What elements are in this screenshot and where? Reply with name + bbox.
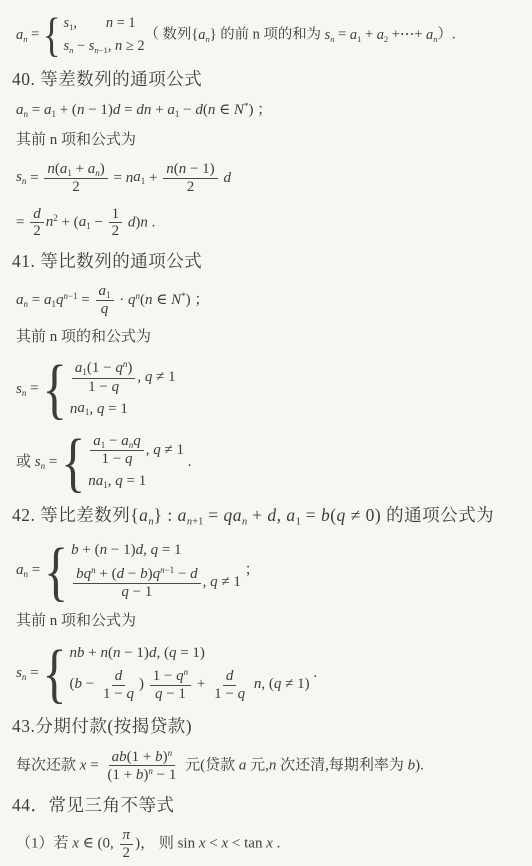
fraction: ab(1 + b)n(1 + b)n − 1	[104, 748, 179, 784]
fraction-numerator: π	[120, 827, 134, 845]
math-run: ).	[415, 757, 424, 773]
cases-group: {s1, n = 1sn − sn−1, n ≥ 2	[43, 12, 145, 58]
fraction: d2	[30, 206, 44, 241]
math-symbol: N*	[171, 292, 186, 308]
fraction-numerator: 1 − qn	[150, 667, 191, 686]
math-symbol: a2	[377, 27, 389, 43]
math-symbol: a1	[60, 161, 72, 177]
subscript: n−1	[94, 45, 108, 55]
fraction-numerator: d	[30, 206, 44, 224]
math-symbol: sn	[16, 381, 26, 397]
fraction: a1q	[96, 283, 114, 318]
math-symbol: sn	[325, 27, 335, 43]
fraction: a1(1 − qn)1 − q	[72, 359, 135, 395]
fraction: a1 − anq1 − q	[90, 433, 143, 468]
math-run: 1 − q	[214, 686, 245, 702]
math-run: b + (n − 1)d, q = 1	[71, 541, 181, 561]
math-run: =	[26, 169, 42, 185]
fraction-denominator: (1 + b)n − 1	[104, 766, 179, 784]
fraction: d1 − q	[211, 668, 248, 703]
left-brace: {	[61, 430, 85, 496]
math-run: + (n − 1)d = dn +	[56, 102, 167, 118]
math-run: + d,	[247, 505, 286, 525]
math-upright: tan	[244, 836, 266, 852]
math-run: 2	[112, 223, 120, 239]
math-run: ab	[112, 749, 127, 765]
math-symbol: sn	[35, 454, 45, 470]
math-symbol: (1 + b)n	[107, 767, 152, 783]
math-symbol: a1	[44, 102, 56, 118]
fraction-numerator: n(n − 1)	[163, 161, 217, 179]
fraction-denominator: 1 − q	[211, 686, 248, 703]
fraction-denominator: 2	[120, 845, 134, 862]
math-run: 1 − q	[102, 451, 133, 467]
math-run: , q = 1	[89, 400, 127, 420]
math-run: )	[100, 161, 105, 177]
cjk-text: 其前 n 项和公式为	[16, 132, 136, 148]
cases-row: a1(1 − qn)1 − q, q ≠ 1	[70, 359, 176, 395]
cjk-text: （1）若	[16, 836, 72, 852]
cjk-text: 44．常见三角不等式	[12, 795, 175, 815]
math-run: +	[72, 161, 88, 177]
math-run: (n ∈	[140, 292, 171, 308]
cjk-text: 或	[16, 454, 35, 470]
quasi-geometric-sum: sn = {nb + n(n − 1)d, (q = 1)(b − d1 − q…	[16, 642, 524, 705]
fraction: d1 − q	[100, 668, 137, 703]
fraction: n(n − 1)2	[163, 161, 217, 196]
cases-row: a1 − anq1 − q, q ≠ 1	[88, 433, 184, 468]
subscript: 1	[106, 290, 111, 300]
heading-42: 42. 等比差数列{an} : an+1 = qan + d, a1 = b(q…	[12, 504, 524, 529]
math-run: d	[115, 668, 123, 684]
math-symbol: qn	[176, 668, 188, 684]
fraction-numerator: ab(1 + b)n	[109, 748, 175, 767]
math-run: q	[101, 301, 109, 317]
cases-row: nb + n(n − 1)d, (q = 1)	[70, 644, 310, 664]
math-run: )	[139, 675, 148, 695]
fraction-denominator: 1 − q	[99, 451, 136, 468]
installment-payment: 每次还款 x = ab(1 + b)n(1 + b)n − 1 元(贷款 a 元…	[16, 748, 524, 784]
cases-rows: a1 − anq1 − q, q ≠ 1na1, q = 1	[88, 431, 184, 494]
superscript: n	[184, 667, 189, 677]
math-symbol: a1	[350, 27, 362, 43]
math-run: q − 1	[121, 584, 152, 600]
math-upright: sin	[178, 836, 199, 852]
math-symbol: a1	[286, 505, 301, 525]
cjk-text: 43.分期付款(按揭贷款)	[12, 716, 192, 736]
arithmetic-sum-1: sn = n(a1 + an)2 = na1 + n(n − 1)2 d	[16, 161, 524, 196]
arithmetic-general-term: an = a1 + (n − 1)d = dn + a1 − d(n ∈ N*)…	[16, 101, 524, 121]
fraction-denominator: 2	[30, 223, 44, 240]
fraction-denominator: 1 − q	[100, 686, 137, 703]
math-run: ·	[116, 292, 129, 308]
math-run: + (	[58, 214, 79, 230]
fraction-numerator: a1(1 − qn)	[72, 359, 135, 378]
fraction-denominator: 1 − q	[85, 379, 122, 396]
fraction-denominator: 2	[184, 179, 198, 196]
subscript: n+1	[187, 517, 203, 528]
math-run: − d(	[179, 102, 207, 118]
math-run: =	[28, 102, 44, 118]
fraction-denominator: 2	[69, 179, 83, 196]
cjk-text: 42. 等比差数列	[12, 505, 130, 525]
math-symbol: an	[16, 562, 28, 578]
math-run: , n ≥ 2	[108, 37, 145, 56]
fraction-denominator: q − 1	[152, 686, 189, 703]
cjk-text: 40. 等差数列的通项公式	[12, 69, 202, 89]
document-body: an = {s1, n = 1sn − sn−1, n ≥ 2（ 数列{an} …	[0, 0, 532, 866]
superscript: n−1	[160, 565, 174, 575]
math-symbol: qn−1	[153, 566, 175, 582]
math-run: d)n .	[124, 214, 155, 230]
fraction-denominator: 2	[109, 223, 123, 240]
math-run: (1 −	[87, 360, 115, 376]
math-run: d	[33, 206, 41, 222]
math-symbol: sn−1	[89, 37, 108, 56]
fraction-denominator: q	[98, 301, 112, 318]
cases-group: {b + (n − 1)d, q = 1bqn + (d − b)qn−1 − …	[44, 539, 241, 602]
math-symbol: sn	[64, 37, 74, 56]
math-run: −	[91, 214, 107, 230]
math-symbol: an	[121, 433, 133, 449]
fraction-numerator: 1	[109, 206, 123, 224]
left-brace: {	[43, 11, 61, 59]
math-run: 1 − q	[103, 686, 134, 702]
math-run: =	[28, 27, 43, 43]
left-brace: {	[44, 538, 68, 604]
cjk-text: 其前 n 项的和公式为	[16, 329, 151, 345]
math-symbol: an+1	[178, 505, 204, 525]
math-symbol: a1	[167, 102, 179, 118]
math-run: n(n − 1)	[166, 161, 214, 177]
math-symbol: sn	[16, 665, 26, 681]
math-run: n, (q ≠ 1)	[250, 675, 309, 695]
math-run: x .	[266, 836, 280, 852]
math-symbol: a1	[93, 433, 105, 449]
math-run: ) ；	[248, 102, 272, 118]
cjk-text: 的通项公式为	[386, 505, 494, 525]
math-run: {	[130, 505, 139, 525]
heading-44: 44．常见三角不等式	[12, 794, 524, 817]
left-brace: {	[42, 356, 67, 423]
cjk-text: 贷款	[205, 757, 239, 773]
fraction: π2	[120, 827, 134, 862]
cases-rows: b + (n − 1)d, q = 1bqn + (d − b)qn−1 − d…	[71, 539, 241, 602]
math-symbol: a1	[75, 360, 87, 376]
math-symbol: qn	[128, 292, 140, 308]
sum-intro-40: 其前 n 项和公式为	[16, 131, 524, 151]
math-symbol: an	[16, 292, 28, 308]
math-run: n(	[47, 161, 60, 177]
math-symbol: an	[139, 505, 154, 525]
math-run: 2	[72, 179, 80, 195]
math-run: +	[361, 27, 376, 43]
math-run: =	[16, 214, 28, 230]
math-symbol: qn	[115, 360, 127, 376]
math-run: , q ≠ 1	[146, 441, 184, 461]
math-run: b	[76, 566, 84, 582]
math-run: , q ≠ 1	[137, 368, 175, 388]
math-run: +	[193, 675, 209, 695]
fraction-numerator: bqn + (d − b)qn−1 − d	[73, 565, 200, 584]
math-run: + (d − b)	[96, 566, 153, 582]
math-run: x < x <	[199, 836, 244, 852]
fraction-numerator: n(a1 + an)	[44, 161, 107, 179]
math-run: )	[127, 360, 132, 376]
math-run: − 1	[153, 767, 176, 783]
cases-row: s1, n = 1	[64, 14, 145, 33]
math-run: − d	[174, 566, 197, 582]
math-symbol: N*	[234, 102, 249, 118]
math-run: (b −	[70, 675, 98, 695]
cjk-text: ）.	[438, 27, 456, 43]
math-run: .	[184, 454, 192, 470]
cjk-text: 其前 n 项和公式为	[16, 613, 136, 629]
math-run: nb + n(n − 1)d, (q = 1)	[70, 644, 205, 664]
heading-40: 40. 等差数列的通项公式	[12, 68, 524, 91]
math-run: }	[210, 27, 221, 43]
sum-intro-42: 其前 n 项和公式为	[16, 612, 524, 632]
math-run: =	[335, 27, 350, 43]
math-run: +	[145, 169, 161, 185]
math-symbol: an	[16, 102, 28, 118]
geometric-sum-alt: 或 sn = {a1 − anq1 − q, q ≠ 1na1, q = 1 .	[16, 431, 524, 494]
math-symbol: qn	[84, 566, 96, 582]
cases-row: na1, q = 1	[88, 472, 184, 492]
math-run: = b(q ≠ 0)	[301, 505, 386, 525]
cases-rows: nb + n(n − 1)d, (q = 1)(b − d1 − q) 1 − …	[70, 642, 310, 705]
cjk-text: 每次还款	[16, 757, 80, 773]
math-symbol: n2	[46, 214, 58, 230]
math-symbol: (1 + b)n	[127, 749, 172, 765]
math-run: =	[45, 454, 61, 470]
math-run: ；	[241, 562, 260, 578]
math-run: = n	[110, 169, 133, 185]
cases-row: bqn + (d − b)qn−1 − dq − 1, q ≠ 1	[71, 565, 241, 601]
cases-rows: a1(1 − qn)1 − q, q ≠ 1na1, q = 1	[70, 357, 176, 421]
cases-group: {a1(1 − qn)1 − q, q ≠ 1na1, q = 1	[42, 357, 175, 421]
math-symbol: sn	[16, 169, 26, 185]
math-run: = q	[203, 505, 232, 525]
math-run: .	[310, 665, 318, 681]
math-symbol: a1	[77, 399, 89, 419]
math-run: 1	[112, 206, 120, 222]
math-run: =	[28, 292, 44, 308]
cjk-text: 元,	[246, 757, 269, 773]
trig-inequality-1: （1）若 x ∈ (0, π2)， 则 sin x < x < tan x .	[16, 827, 524, 862]
math-symbol: a1	[99, 283, 111, 299]
math-symbol: an	[426, 27, 438, 43]
cjk-text: 41. 等比数列的通项公式	[12, 251, 202, 271]
math-run: =	[78, 292, 94, 308]
math-run: +⋯+	[388, 27, 426, 43]
math-run: n ∈	[208, 102, 234, 118]
cases-row: sn − sn−1, n ≥ 2	[64, 37, 145, 56]
fraction: 12	[109, 206, 123, 241]
math-run: −	[73, 37, 88, 56]
cjk-text: （ 数列	[145, 27, 192, 43]
fraction-denominator: q − 1	[118, 584, 155, 601]
fraction-numerator: a1 − anq	[90, 433, 143, 451]
math-run: n	[70, 400, 78, 420]
math-run: 2	[123, 845, 131, 861]
cjk-text: 次还清,每期利率为	[276, 757, 407, 773]
fraction: n(a1 + an)2	[44, 161, 107, 196]
math-run: 1 −	[153, 668, 176, 684]
superscript: n−1	[63, 291, 77, 301]
math-run: −	[105, 433, 121, 449]
cases-group: {nb + n(n − 1)d, (q = 1)(b − d1 − q) 1 −…	[42, 642, 309, 705]
fraction-numerator: d	[112, 668, 126, 686]
fraction-numerator: d	[223, 668, 237, 686]
math-symbol: qn−1	[56, 292, 78, 308]
math-symbol: a1	[44, 292, 56, 308]
quasi-geometric-general-term: an = {b + (n − 1)d, q = 1bqn + (d − b)qn…	[16, 539, 524, 602]
fraction: 1 − qnq − 1	[150, 667, 191, 703]
math-run: 2	[33, 223, 41, 239]
heading-41: 41. 等比数列的通项公式	[12, 250, 524, 273]
math-symbol: an	[88, 161, 100, 177]
math-symbol: a1	[96, 472, 108, 492]
math-symbol: an	[198, 27, 210, 43]
math-run: ) ；	[186, 292, 210, 308]
math-run: , q = 1	[108, 472, 146, 492]
cjk-text: ， 则	[140, 836, 178, 852]
math-run: , q ≠ 1	[203, 573, 241, 593]
cases-row: (b − d1 − q) 1 − qnq − 1 + d1 − q n, (q …	[70, 667, 310, 703]
cjk-text: 的前 n 项的和为	[220, 27, 324, 43]
heading-43: 43.分期付款(按揭贷款)	[12, 715, 524, 738]
math-run: π	[123, 827, 131, 843]
math-run: =	[26, 381, 42, 397]
arithmetic-sum-2: = d2n2 + (a1 − 12 d)n .	[16, 206, 524, 241]
math-symbol: an	[16, 27, 28, 43]
math-run: 1 − q	[88, 379, 119, 395]
superscript: n	[168, 748, 173, 758]
math-run: =	[26, 665, 42, 681]
math-symbol: a1	[133, 169, 145, 185]
left-brace: {	[42, 641, 66, 707]
math-run: =	[28, 562, 44, 578]
math-run: q − 1	[155, 686, 186, 702]
math-symbol: s1	[64, 14, 74, 33]
math-run: x ∈ (0,	[72, 836, 117, 852]
math-run: , n = 1	[73, 14, 135, 33]
math-run: q	[133, 433, 141, 449]
math-run: 2	[187, 179, 195, 195]
math-run: n	[88, 472, 96, 492]
fraction-numerator: a1	[96, 283, 114, 301]
math-symbol: an	[233, 505, 248, 525]
geometric-general-term: an = a1qn−1 = a1q · qn(n ∈ N*) ；	[16, 283, 524, 318]
math-run: d	[220, 169, 231, 185]
math-run: x =	[80, 757, 103, 773]
cases-rows: s1, n = 1sn − sn−1, n ≥ 2	[64, 12, 145, 58]
math-run: d	[226, 668, 234, 684]
geometric-sum: sn = {a1(1 − qn)1 − q, q ≠ 1na1, q = 1	[16, 357, 524, 421]
recursion-relation: an = {s1, n = 1sn − sn−1, n ≥ 2（ 数列{an} …	[16, 12, 524, 58]
cases-row: na1, q = 1	[70, 399, 176, 419]
cases-group: {a1 − anq1 − q, q ≠ 1na1, q = 1	[61, 431, 184, 494]
sum-intro-41: 其前 n 项的和公式为	[16, 328, 524, 348]
fraction: bqn + (d − b)qn−1 − dq − 1	[73, 565, 200, 601]
math-run: } :	[154, 505, 178, 525]
cjk-text: 元(	[181, 757, 205, 773]
math-symbol: a1	[79, 214, 91, 230]
cases-row: b + (n − 1)d, q = 1	[71, 541, 241, 561]
